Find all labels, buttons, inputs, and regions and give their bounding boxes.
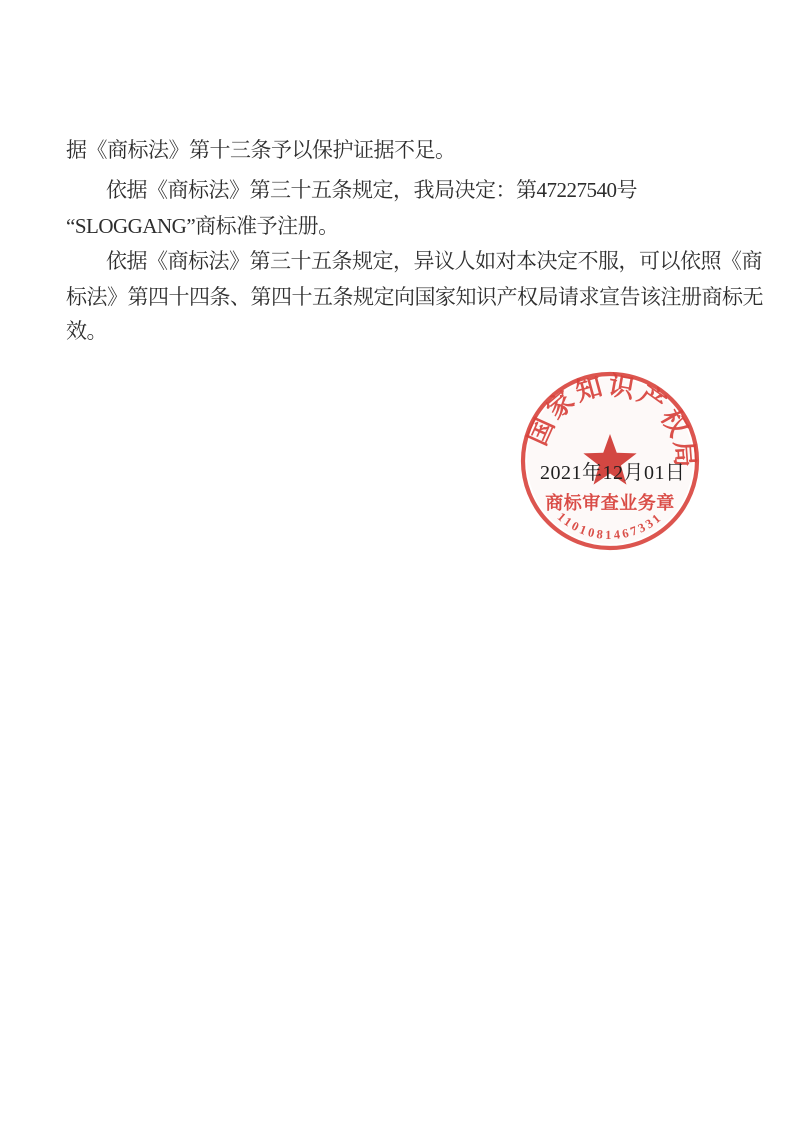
document-line: 效。 [66, 318, 107, 344]
document-page: 据《商标法》第十三条予以保护证据不足。 依据《商标法》第三十五条规定，我局决定：… [0, 0, 800, 1133]
document-line: 依据《商标法》第三十五条规定，我局决定：第47227540号 [106, 177, 637, 203]
decision-date: 2021年12月01日 [540, 456, 686, 485]
document-line: “SLOGGANG”商标准予注册。 [66, 213, 339, 239]
document-line: 依据《商标法》第三十五条规定，异议人如对本决定不服，可以依照《商 [106, 248, 762, 274]
document-line: 标法》第四十四条、第四十五条规定向国家知识产权局请求宣告该注册商标无 [66, 284, 763, 310]
seal-title-text: 商标审查业务章 [545, 492, 675, 513]
document-line: 据《商标法》第十三条予以保护证据不足。 [66, 137, 456, 163]
